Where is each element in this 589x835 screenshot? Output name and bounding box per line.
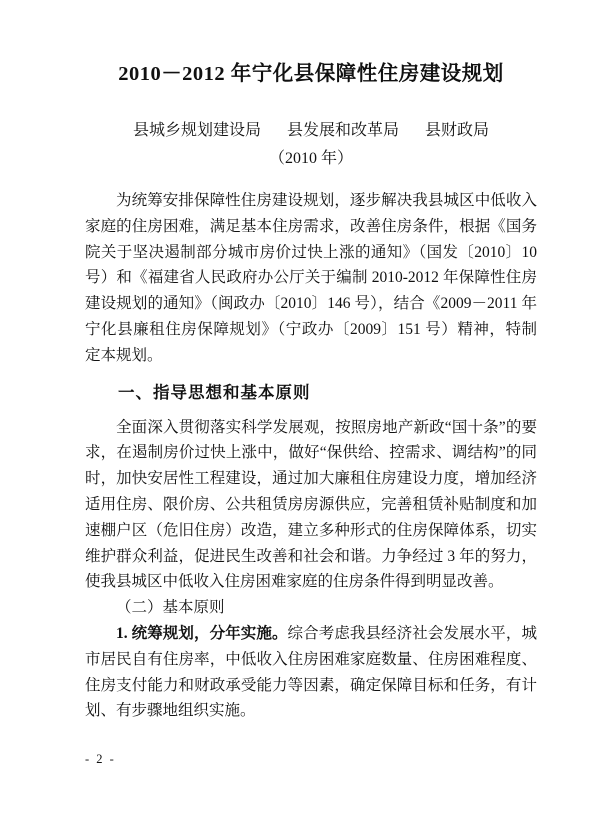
agency-development-reform-bureau: 县发展和改革局: [287, 118, 399, 144]
principle-1-paragraph: 1. 统筹规划，分年实施。综合考虑我县经济社会发展水平，城市居民自有住房率，中低…: [85, 621, 537, 724]
guiding-thought-paragraph: 全面深入贯彻落实科学发展观，按照房地产新政“国十条”的要求，在遏制房价过快上涨中…: [85, 415, 537, 596]
document-page: 2010－2012 年宁化县保障性住房建设规划 县城乡规划建设局 县发展和改革局…: [0, 0, 589, 835]
date-line: （2010 年）: [85, 146, 537, 172]
agency-finance-bureau: 县财政局: [425, 118, 489, 144]
principle-1-lead: 1. 统筹规划，分年实施。: [116, 625, 288, 642]
intro-paragraph: 为统筹安排保障性住房建设规划，逐步解决我县城区中低收入家庭的住房困难，满足基本住…: [85, 188, 537, 369]
section-heading-1: 一、指导思想和基本原则: [85, 380, 537, 406]
document-content: 2010－2012 年宁化县保障性住房建设规划 县城乡规划建设局 县发展和改革局…: [85, 60, 537, 724]
byline: 县城乡规划建设局 县发展和改革局 县财政局: [85, 118, 537, 144]
page-number: - 2 -: [85, 752, 116, 767]
agency-planning-bureau: 县城乡规划建设局: [133, 118, 261, 144]
sub-heading-basic-principles: （二）基本原则: [85, 595, 537, 621]
document-title: 2010－2012 年宁化县保障性住房建设规划: [85, 60, 537, 88]
